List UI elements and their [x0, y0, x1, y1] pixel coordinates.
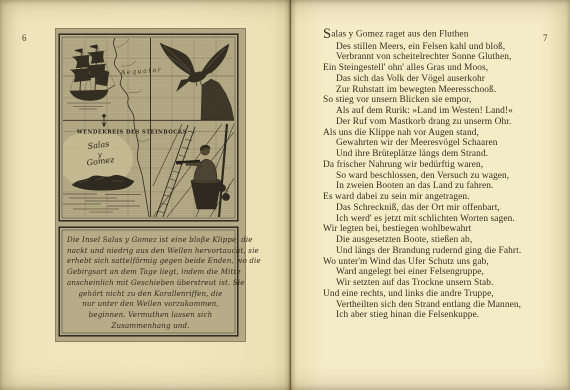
poem-line: Da frischer Nahrung wir bedürftig waren,: [323, 160, 561, 171]
poem-line: Es ward dabei zu sein mir angetragen.: [323, 192, 561, 203]
poem-line: So stieg vor unsern Blicken sie empor,: [323, 95, 561, 106]
poem-line: Ward angelegt bei einer Felsengruppe,: [336, 267, 561, 278]
poem-line: Das sich das Volk der Vögel auserkohr: [336, 74, 561, 85]
poem-line: Ich werd' es jetzt mit schlichten Worten…: [336, 214, 561, 225]
poem-line: Wir setzten auf das Trockne unsern Stab.: [336, 278, 561, 289]
caption-line: erhebt sich sattelförmig gegen beide End…: [67, 256, 234, 267]
poem-line: Der Ruf vom Mastkorb drang zu unserm Ohr…: [336, 117, 561, 128]
poem-line: In zweien Booten an das Land zu fahren.: [336, 181, 561, 192]
poem-line: So ward beschlossen, den Versuch zu wage…: [336, 171, 561, 182]
poem-line: Als auf dem Rurik: »Land im Westen! Land…: [336, 106, 561, 117]
poem-lines: Des stillen Meers, ein Felsen kahl und b…: [323, 42, 561, 322]
poem-line: Das Schreckniß, das der Ort mir offenbar…: [336, 203, 561, 214]
poem-line: Vertheilten sich den Strand entlang die …: [336, 300, 561, 311]
poem-line: Wir legten bei, bestiegen wohlbewahrt: [323, 224, 561, 235]
poem-first-line: Salas y Gomez raget aus den Fluthen: [323, 27, 561, 42]
bird-head: [203, 68, 209, 74]
caption-line: nackt und niedrig aus den Wellen hervort…: [67, 246, 234, 257]
poem-first-line-rest: alas y Gomez raget aus den Fluthen: [331, 30, 468, 40]
caption-line: gehört nicht zu den Korallenriffen, die: [67, 289, 234, 300]
poem-line: Die ausgesetzten Boote, stießen ab,: [336, 235, 561, 246]
caption-line: nur unter den Wellen vorzukommen,: [67, 299, 234, 310]
right-page: 7 Salas y Gomez raget aus den Fluthen De…: [290, 0, 570, 390]
page-number-left: 6: [22, 33, 27, 43]
caption-line: Zusammenhang und.: [67, 321, 234, 332]
caption-line: Die Insel Salas y Gomez ist eine bloße K…: [67, 235, 234, 246]
poem-line: Des stillen Meers, ein Felsen kahl und b…: [336, 42, 561, 53]
left-page: 6: [0, 0, 290, 390]
poem-line: Und ihre Brüteplätze längs dem Strand.: [336, 149, 561, 160]
poem-text: Salas y Gomez raget aus den Fluthen Des …: [323, 27, 561, 321]
poem-line: Wo unter'm Wind das Ufer Schutz uns gab,: [323, 257, 561, 268]
caption-line: beginnen. Vermuthen lassen sich: [67, 310, 234, 321]
caption-line: anscheinlich mit Geschieben überstreut i…: [67, 278, 234, 289]
poem-line: Als uns die Klippe nah vor Augen stand,: [323, 128, 561, 139]
poem-line: Gewahrten wir der Meeresvögel Schaaren: [336, 138, 561, 149]
tropic-label: WENDEKREIS DES STEINBOCKS: [76, 130, 187, 136]
poem-line: Zur Ruhstatt im bewegten Meeresschooß.: [336, 85, 561, 96]
poem-line: Verbrannt von scheitelrechter Sonne Glut…: [336, 52, 561, 63]
poem-line: Und längs der Brandung rudernd ging die …: [336, 246, 561, 257]
caption-line: Gebirgsart an dem Tage liegt, indem die …: [67, 267, 234, 278]
handwritten-caption: Die Insel Salas y Gomez ist eine bloße K…: [67, 235, 234, 331]
book-spread: { "book": { "left_page": { "page_number"…: [0, 0, 570, 390]
poem-line: Und eine rechts, und links die andre Tru…: [323, 289, 561, 300]
poem-line: Ein Steingestell' ohn' alles Gras und Mo…: [323, 63, 561, 74]
gutter-line: [290, 0, 291, 390]
engraved-plate: WENDEKREIS DES STEINBOCKS Aequator Salas…: [55, 28, 246, 342]
poem-line: Ich aber stieg hinan die Felsenkuppe.: [336, 310, 561, 321]
